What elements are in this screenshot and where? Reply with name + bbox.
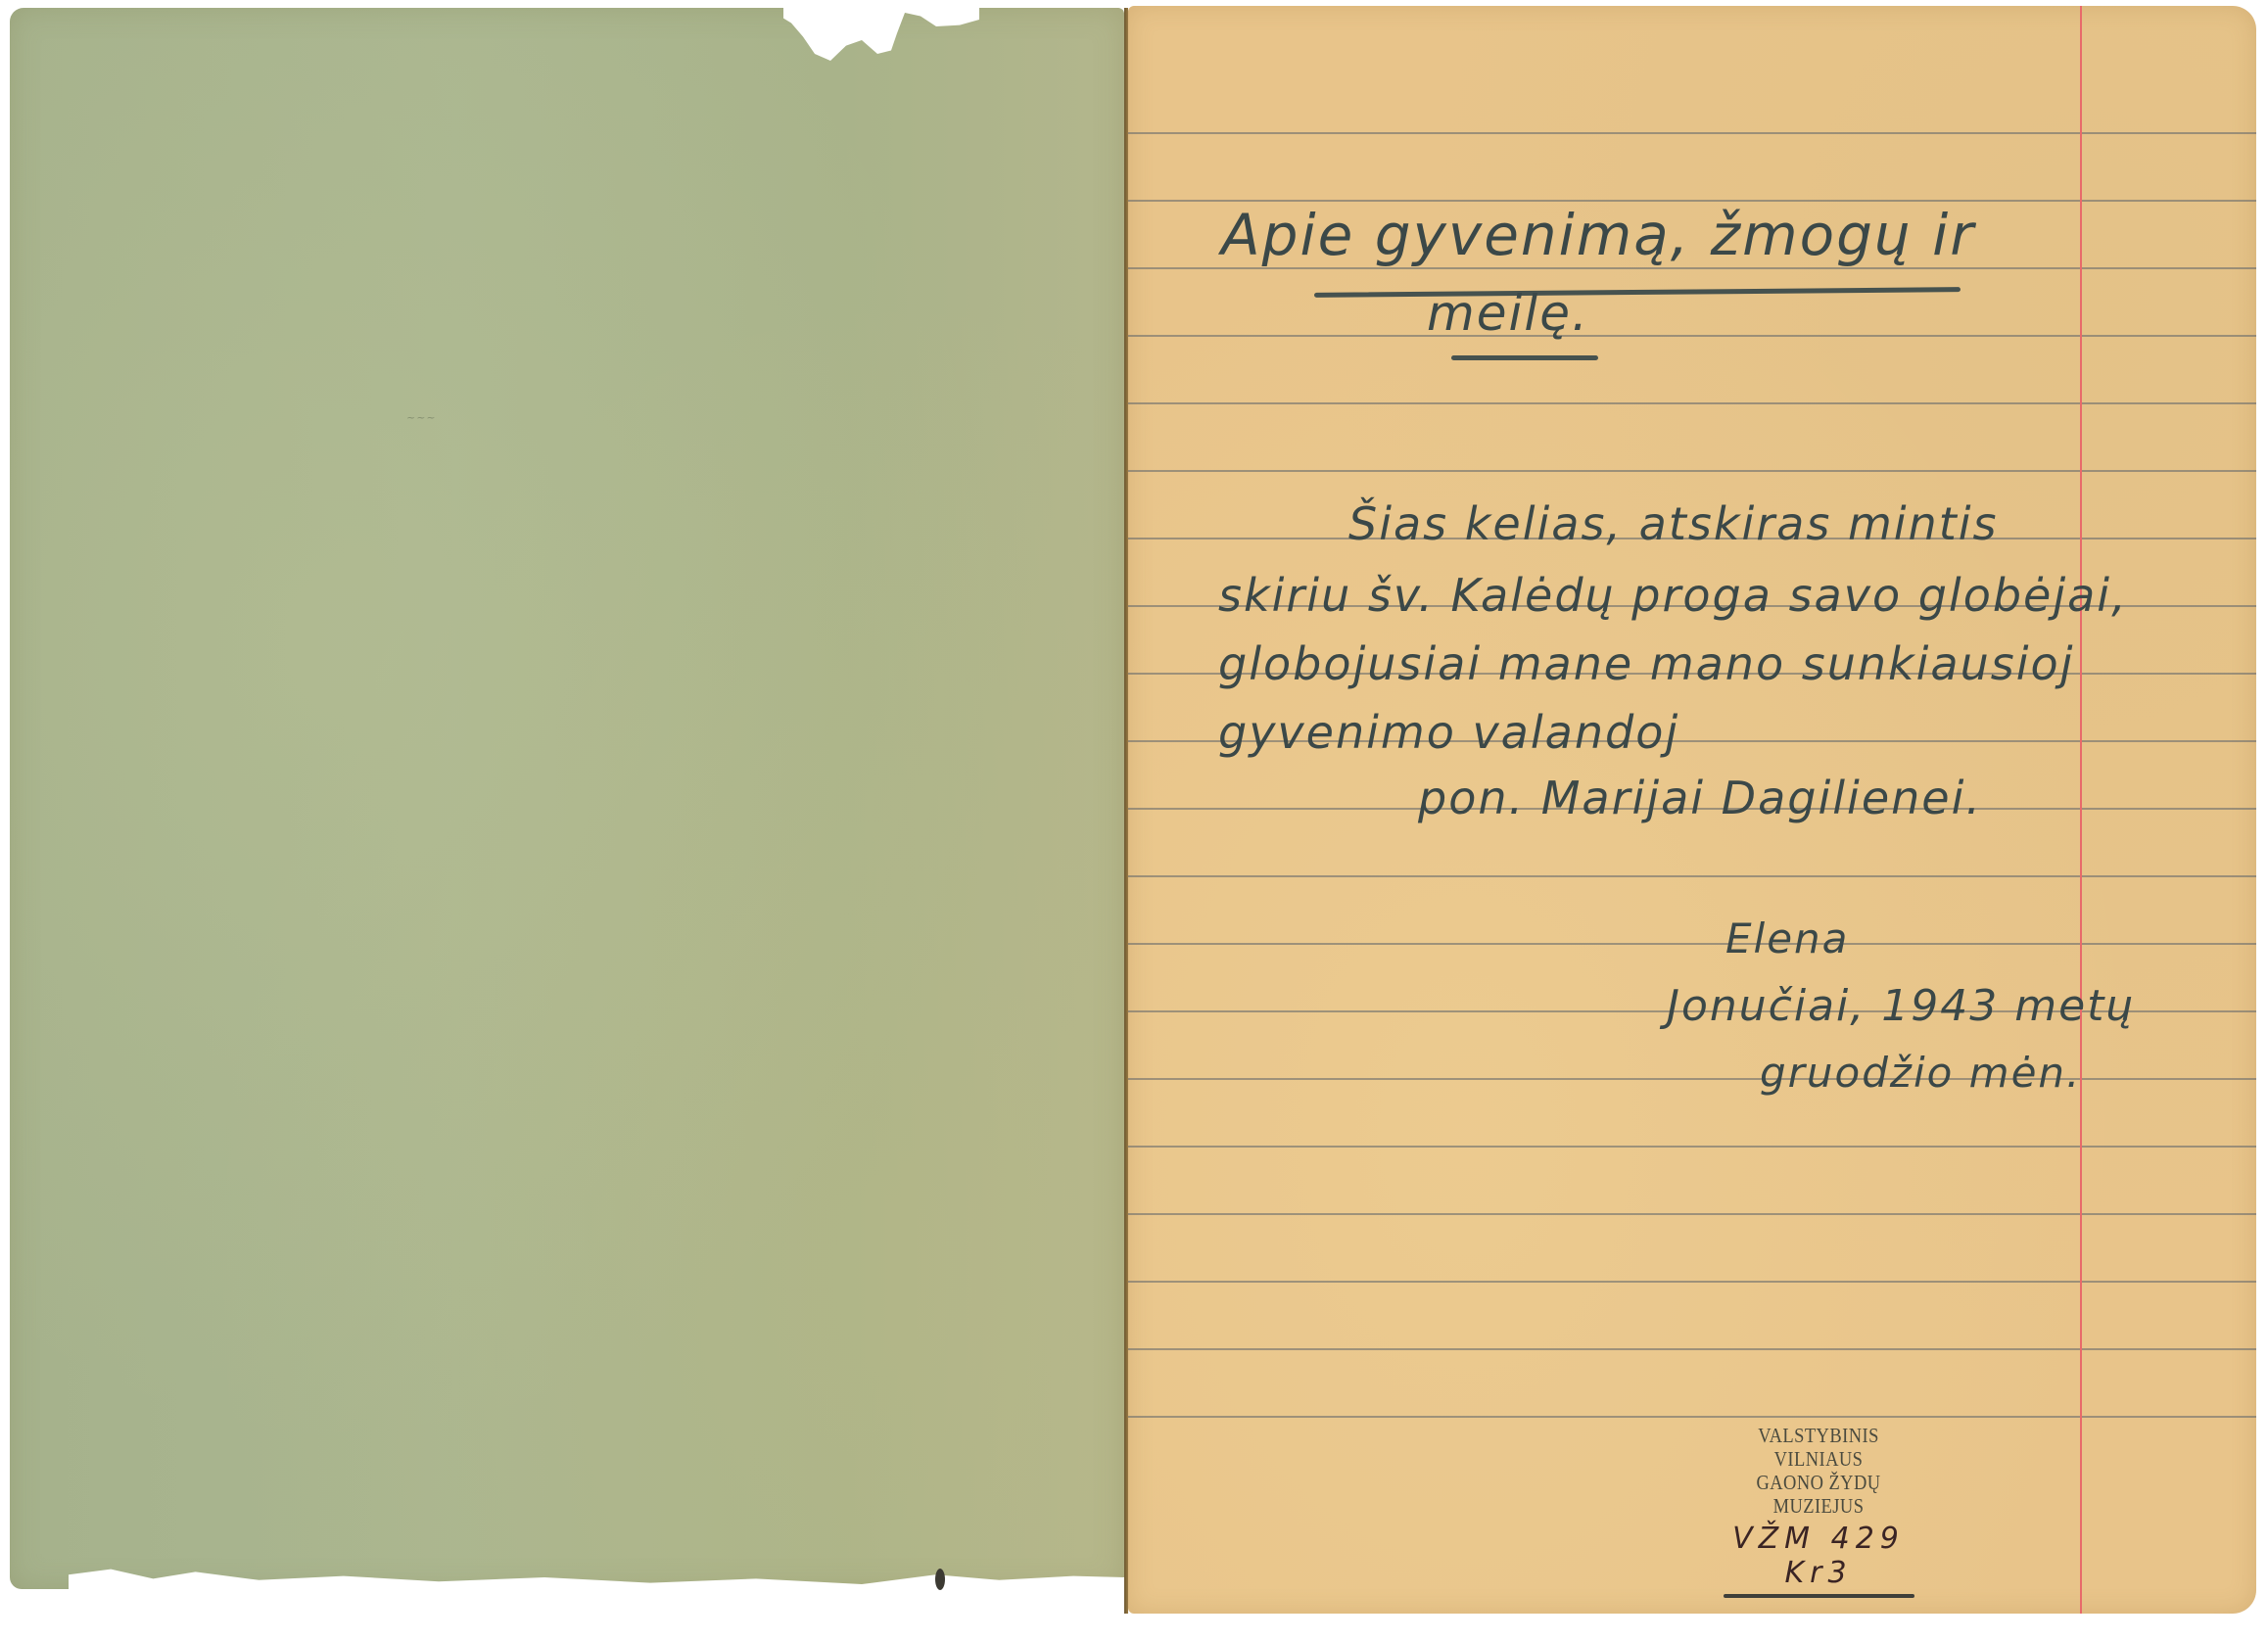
ruled-line [1128,1213,2256,1215]
signature: Elena [1725,914,1849,962]
title-underline [1451,355,1598,360]
month: gruodžio mėn. [1760,1049,2081,1097]
torn-edge-top [783,6,979,74]
red-margin-line [2080,6,2082,1614]
title-underline [1314,287,1961,298]
dedication-line: skiriu šv. Kalėdų proga savo globėjai, [1218,569,2128,622]
left-page: ~~~ [10,8,1124,1589]
ruled-line [1128,1146,2256,1148]
dedication-line: gyvenimo valandoj [1218,706,1679,759]
ruled-line [1128,132,2256,134]
title-line-2: meilę. [1427,285,1589,342]
place-date: Jonučiai, 1943 metų [1667,981,2135,1031]
ruled-line [1128,470,2256,472]
ruled-line [1128,1078,2256,1080]
inventory-number: VŽM 429 Kr3 [1721,1522,1916,1590]
dedication-recipient: pon. Marijai Dagilienei. [1418,772,1982,824]
stamp-line-1: VALSTYBINIS VILNIAUS [1732,1424,1905,1471]
ruled-line [1128,402,2256,404]
dedication-line: globojusiai mane mano sunkiausioj [1218,637,2074,690]
ruled-line [1128,1416,2256,1418]
ruled-line [1128,875,2256,877]
ruled-line [1128,335,2256,337]
paper-hole [935,1569,945,1590]
ruled-line [1128,1281,2256,1283]
torn-edge-bottom [69,1564,1126,1591]
dedication-line: Šias kelias, atskiras mintis [1348,497,1998,550]
ruled-line [1128,943,2256,945]
right-page: Apie gyvenimą, žmogų ir meilę. Šias keli… [1128,6,2256,1614]
title-line-1: Apie gyvenimą, žmogų ir [1221,202,1975,268]
stamp-line-2: GAONO ŽYDŲ MUZIEJUS [1732,1471,1905,1518]
stamp-underline [1724,1594,1914,1598]
faint-mark: ~~~ [406,411,437,424]
ruled-line [1128,1348,2256,1350]
museum-stamp: VALSTYBINIS VILNIAUS GAONO ŽYDŲ MUZIEJUS… [1721,1424,1916,1598]
